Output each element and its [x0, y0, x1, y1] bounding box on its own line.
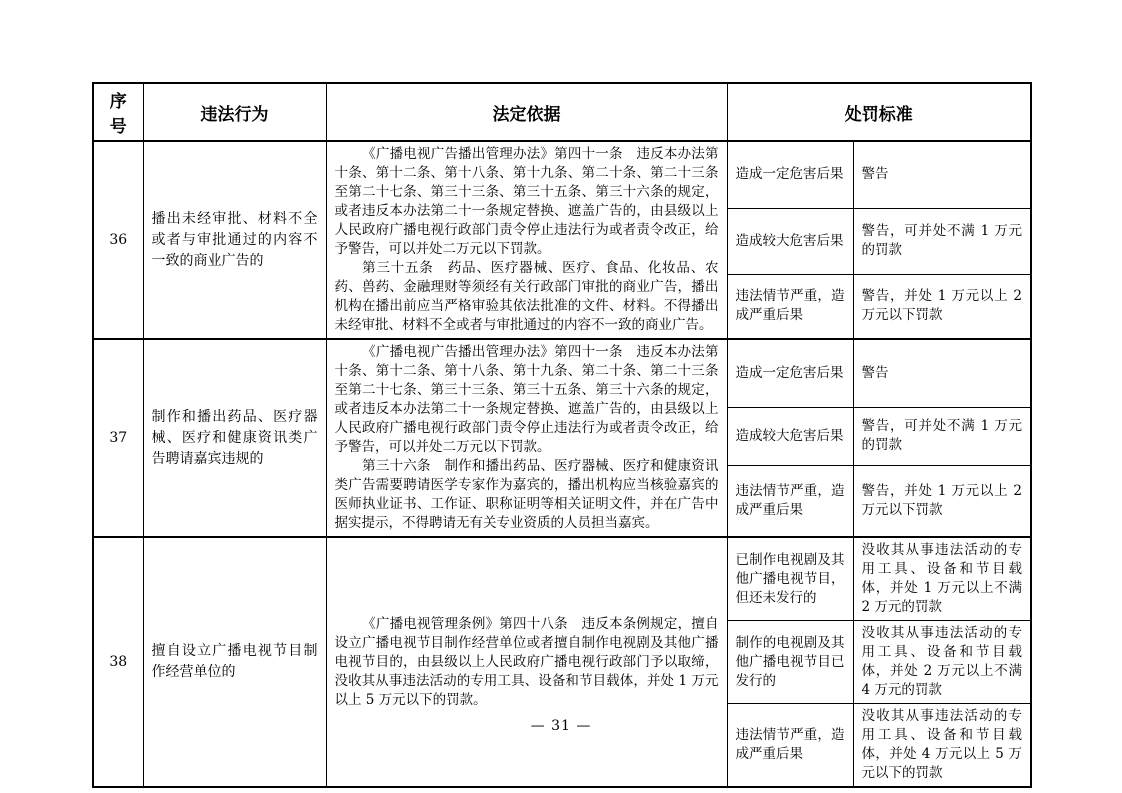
- basis-paragraph: 《广播电视管理条例》第四十八条 违反本条例规定，擅自设立广播电视节目制作经营单位…: [335, 615, 719, 710]
- seq-cell: 37: [93, 339, 143, 537]
- document-page: 序号 违法行为 法定依据 处罚标准 36 播出未经审批、材料不全或者与审批通过的…: [0, 0, 1122, 793]
- behavior-cell: 播出未经审批、材料不全或者与审批通过的内容不一致的商业广告的: [143, 141, 326, 339]
- seq-cell: 38: [93, 537, 143, 787]
- behavior-cell: 擅自设立广播电视节目制作经营单位的: [143, 537, 326, 787]
- penalty-standards-table: 序号 违法行为 法定依据 处罚标准 36 播出未经审批、材料不全或者与审批通过的…: [92, 82, 1032, 788]
- penalty-condition-cell: 违法情节严重，造成严重后果: [727, 274, 853, 339]
- basis-paragraph: 第三十六条 制作和播出药品、医疗器械、医疗和健康资讯类广告需要聘请医学专家作为嘉…: [335, 457, 719, 533]
- seq-cell: 36: [93, 141, 143, 339]
- header-row: 序号 违法行为 法定依据 处罚标准: [93, 83, 1031, 141]
- penalty-condition-cell: 违法情节严重，造成严重后果: [727, 466, 853, 537]
- penalty-condition-cell: 违法情节严重，造成严重后果: [727, 704, 853, 788]
- penalty-condition-cell: 造成较大危害后果: [727, 407, 853, 466]
- penalty-standard-cell: 没收其从事违法活动的专用工具、设备和节目载体，并处 4 万元以上 5 万元以下的…: [853, 704, 1031, 788]
- basis-cell: 《广播电视广告播出管理办法》第四十一条 违反本办法第十条、第十二条、第十八条、第…: [326, 339, 727, 537]
- col-header-penalty: 处罚标准: [727, 83, 1031, 141]
- col-header-basis: 法定依据: [326, 83, 727, 141]
- penalty-condition-cell: 制作的电视剧及其他广播电视节目已发行的: [727, 621, 853, 704]
- penalty-standard-cell: 警告，可并处不满 1 万元的罚款: [853, 407, 1031, 466]
- penalty-condition-cell: 已制作电视剧及其他广播电视节目，但还未发行的: [727, 537, 853, 621]
- penalty-standard-cell: 警告，并处 1 万元以上 2 万元以下罚款: [853, 466, 1031, 537]
- penalty-standard-cell: 警告: [853, 141, 1031, 208]
- table-row-36: 36 播出未经审批、材料不全或者与审批通过的内容不一致的商业广告的 《广播电视广…: [93, 141, 1031, 208]
- basis-paragraph: 《广播电视广告播出管理办法》第四十一条 违反本办法第十条、第十二条、第十八条、第…: [335, 145, 719, 259]
- penalty-condition-cell: 造成一定危害后果: [727, 141, 853, 208]
- basis-paragraph: 《广播电视广告播出管理办法》第四十一条 违反本办法第十条、第十二条、第十八条、第…: [335, 343, 719, 457]
- penalty-condition-cell: 造成较大危害后果: [727, 208, 853, 274]
- table-row-37: 37 制作和播出药品、医疗器械、医疗和健康资讯类广告聘请嘉宾违规的 《广播电视广…: [93, 339, 1031, 407]
- basis-cell: 《广播电视广告播出管理办法》第四十一条 违反本办法第十条、第十二条、第十八条、第…: [326, 141, 727, 339]
- basis-paragraph: 第三十五条 药品、医疗器械、医疗、食品、化妆品、农药、兽药、金融理财等须经有关行…: [335, 259, 719, 335]
- penalty-condition-cell: 造成一定危害后果: [727, 339, 853, 407]
- penalty-standard-cell: 警告，并处 1 万元以上 2 万元以下罚款: [853, 274, 1031, 339]
- behavior-cell: 制作和播出药品、医疗器械、医疗和健康资讯类广告聘请嘉宾违规的: [143, 339, 326, 537]
- table-row-38: 38 擅自设立广播电视节目制作经营单位的 《广播电视管理条例》第四十八条 违反本…: [93, 537, 1031, 621]
- penalty-standard-cell: 没收其从事违法活动的专用工具、设备和节目载体，并处 1 万元以上不满 2 万元的…: [853, 537, 1031, 621]
- col-header-seq: 序号: [93, 83, 143, 141]
- penalty-standard-cell: 警告，可并处不满 1 万元的罚款: [853, 208, 1031, 274]
- col-header-behavior: 违法行为: [143, 83, 326, 141]
- penalty-standard-cell: 警告: [853, 339, 1031, 407]
- penalty-standard-cell: 没收其从事违法活动的专用工具、设备和节目载体，并处 2 万元以上不满 4 万元的…: [853, 621, 1031, 704]
- basis-cell: 《广播电视管理条例》第四十八条 违反本条例规定，擅自设立广播电视节目制作经营单位…: [326, 537, 727, 787]
- page-number: — 31 —: [0, 718, 1122, 734]
